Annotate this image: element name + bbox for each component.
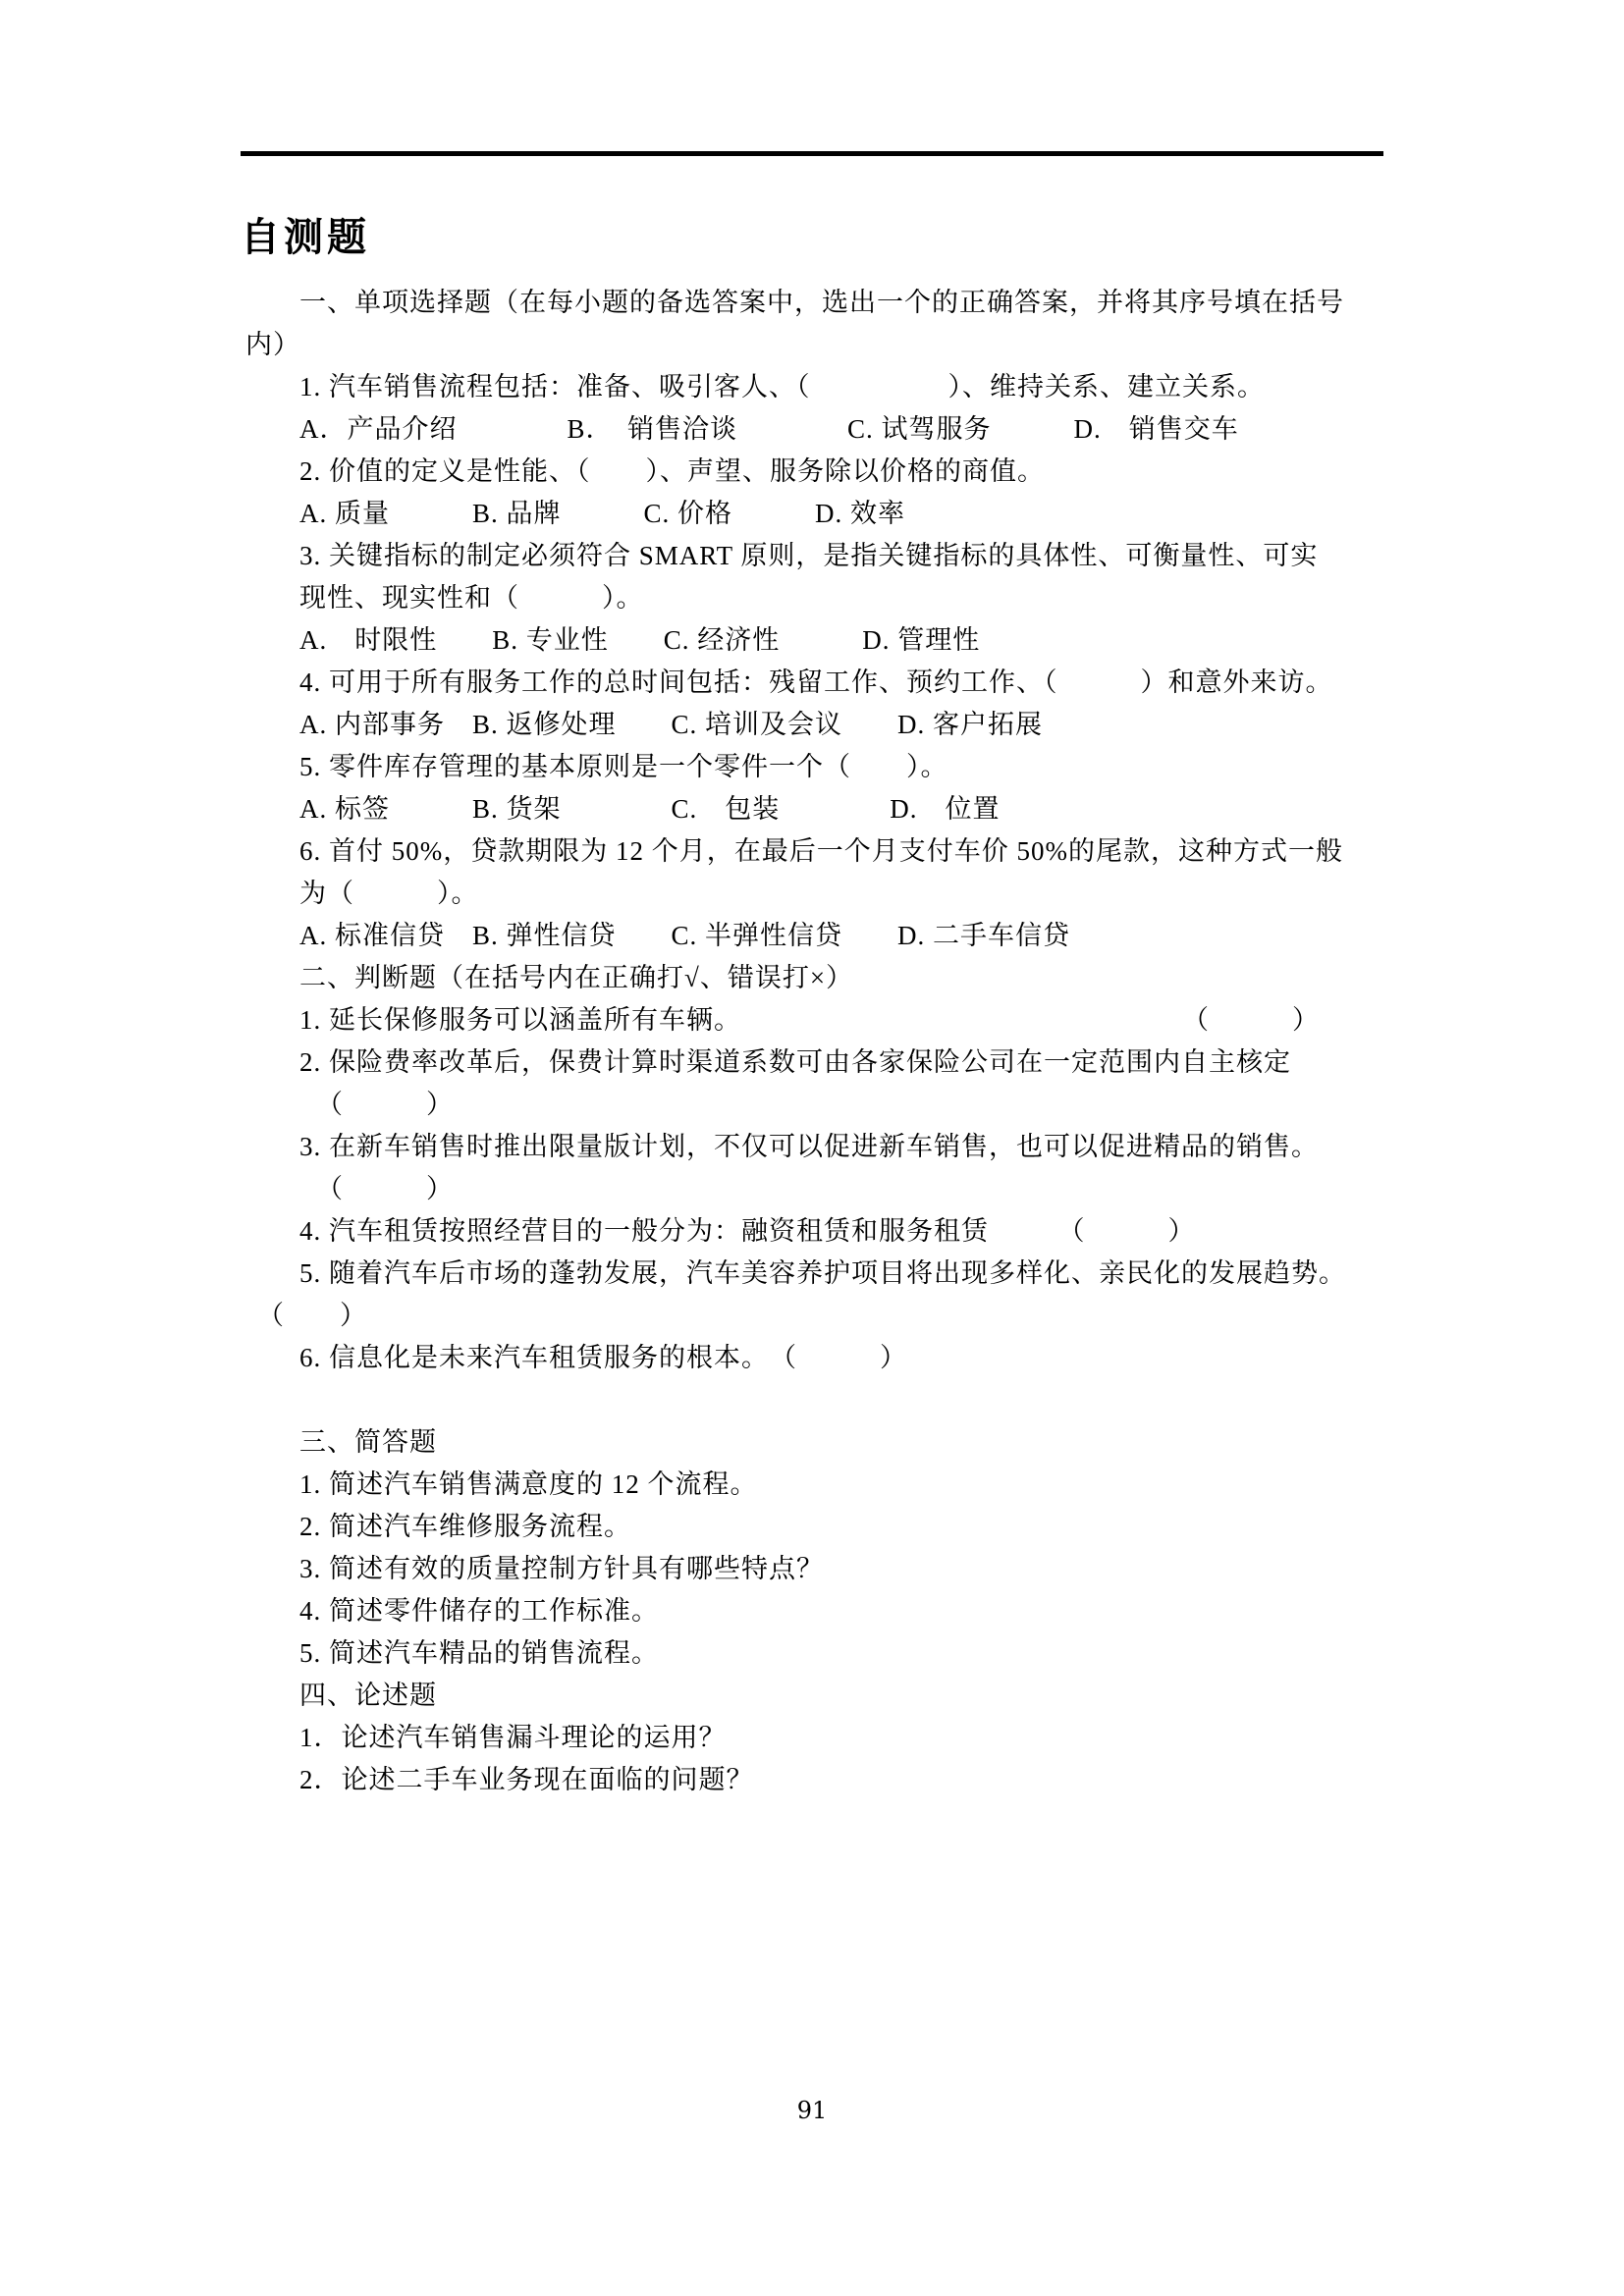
text-line: 5. 零件库存管理的基本原则是一个零件一个（ ）。 [299,746,1414,788]
text-line: A. 标签 B. 货架 C. 包装 D. 位置 [299,788,1414,830]
text-line: 1. 简述汽车销售满意度的 12 个流程。 [299,1464,1414,1506]
text-line: 6. 信息化是未来汽车租赁服务的根本。 （ ） [299,1337,1414,1379]
page-title: 自测题 [241,206,370,262]
text-line: A．产品介绍 B． 销售洽谈 C. 试驾服务 D. 销售交车 [299,408,1414,451]
text-line: 现性、现实性和（ ）。 [299,577,1414,619]
text-line: 1．论述汽车销售漏斗理论的运用？ [299,1717,1414,1759]
document-body: 一、单项选择题（在每小题的备选答案中，选出一个的正确答案，并将其序号填在括号内）… [245,282,1414,1801]
text-line: 3. 简述有效的质量控制方针具有哪些特点？ [299,1548,1414,1590]
text-line: A. 标准信贷 B. 弹性信贷 C. 半弹性信贷 D. 二手车信贷 [299,915,1414,957]
text-line: A. 质量 B. 品牌 C. 价格 D. 效率 [299,493,1414,535]
text-line: 1. 汽车销售流程包括：准备、吸引客人、（ ）、维持关系、建立关系。 [299,366,1414,408]
text-line: （ ） [257,1295,1414,1337]
text-line [245,1379,1414,1421]
text-line: 内） [245,324,1414,366]
text-line: 2. 保险费率改革后，保费计算时渠道系数可由各家保险公司在一定范围内自主核定 [299,1041,1414,1084]
document-page: 自测题 一、单项选择题（在每小题的备选答案中，选出一个的正确答案，并将其序号填在… [0,0,1624,2296]
text-line: 5. 随着汽车后市场的蓬勃发展，汽车美容养护项目将出现多样化、亲民化的发展趋势。 [299,1253,1414,1295]
text-line: （ ） [316,1168,1414,1210]
text-line: 4. 可用于所有服务工作的总时间包括：残留工作、预约工作、（ ）和意外来访。 [299,662,1414,704]
text-line: A. 内部事务 B. 返修处理 C. 培训及会议 D. 客户拓展 [299,704,1414,746]
text-line: 2．论述二手车业务现在面临的问题？ [299,1759,1414,1801]
text-line: 6. 首付 50%，贷款期限为 12 个月，在最后一个月支付车价 50%的尾款，… [299,830,1414,873]
text-line: 3. 在新车销售时推出限量版计划，不仅可以促进新车销售，也可以促进精品的销售。 [299,1126,1414,1168]
text-line: 4. 汽车租赁按照经营目的一般分为：融资租赁和服务租赁 （ ） [299,1210,1414,1253]
text-line: 5. 简述汽车精品的销售流程。 [299,1632,1414,1675]
text-line: 为（ ）。 [299,873,1414,915]
text-line: 三、简答题 [299,1421,1414,1464]
header-rule [241,151,1383,156]
text-line: A. 时限性 B. 专业性 C. 经济性 D. 管理性 [299,619,1414,662]
text-line: 一、单项选择题（在每小题的备选答案中，选出一个的正确答案，并将其序号填在括号 [299,282,1414,324]
text-line: 2. 简述汽车维修服务流程。 [299,1506,1414,1548]
text-line: 二、判断题（在括号内在正确打√、错误打×） [299,957,1414,999]
text-line: 3. 关键指标的制定必须符合 SMART 原则，是指关键指标的具体性、可衡量性、… [299,535,1414,577]
text-line: （ ） [316,1084,1414,1126]
text-line: 四、论述题 [299,1675,1414,1717]
text-line: 4. 简述零件储存的工作标准。 [299,1590,1414,1632]
text-line: 2. 价值的定义是性能、（ ）、声望、服务除以价格的商值。 [299,451,1414,493]
text-line: 1. 延长保修服务可以涵盖所有车辆。 （ ） [299,999,1414,1041]
page-number: 91 [0,2097,1624,2124]
